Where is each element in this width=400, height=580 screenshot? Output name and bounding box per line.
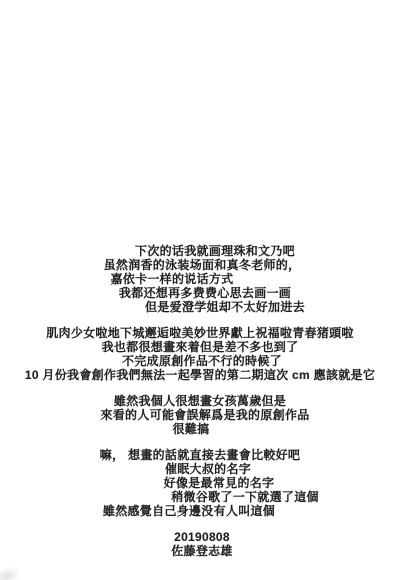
text-line: 雖然我個人很想畫女孩萬歲但是 xyxy=(0,394,400,408)
text-line: 肌肉少女啦地下城邂逅啦美妙世界獻上祝福啦青春猪頭啦 xyxy=(0,326,400,340)
paragraph-name-choice: 嘛， 想畫的話就直接去畫會比較好吧 催眠大叔的名字 好像是最常見的名字 稍微谷歌… xyxy=(0,448,400,518)
date-text: 20190808 xyxy=(2,530,400,544)
afterword-text: 下次的话我就画理珠和文乃吧 虽然润香的泳装场面和真冬老师的， 嘉依卡一样的说话方… xyxy=(0,244,400,558)
text-line: 我也都很想畫來着但是差不多也到了 xyxy=(0,340,400,354)
text-line: 嘉依卡一样的说话方式 xyxy=(0,272,372,286)
text-line: 虽然润香的泳装场面和真冬老师的， xyxy=(2,258,400,272)
author-name: 佐藤登志雄 xyxy=(2,544,400,558)
text-line: 但是爱澄学姐却不太好加进去 xyxy=(25,300,400,314)
paragraph-next-works: 下次的话我就画理珠和文乃吧 虽然润香的泳装场面和真冬老师的， 嘉依卡一样的说话方… xyxy=(0,244,400,314)
text-line: 下次的话我就画理珠和文乃吧 xyxy=(15,244,400,258)
text-line: 好像是最常見的名字 xyxy=(19,476,400,490)
text-line: 催眠大叔的名字 xyxy=(8,462,400,476)
paragraph-other-series: 肌肉少女啦地下城邂逅啦美妙世界獻上祝福啦青春猪頭啦 我也都很想畫來着但是差不多也… xyxy=(0,326,400,382)
text-line: 稍微谷歌了一下就選了這個 xyxy=(45,490,400,504)
afterword-page: 下次的话我就画理珠和文乃吧 虽然润香的泳装场面和真冬老师的， 嘉依卡一样的说话方… xyxy=(0,0,400,580)
text-line: 10 月份我會創作我們無法一起學習的第二期這次 cm 應該就是它 xyxy=(0,368,400,382)
scan-artifact xyxy=(0,564,22,580)
paragraph-original-work: 雖然我個人很想畫女孩萬歲但是 來看的人可能會誤解爲是我的原創作品 很難搞 xyxy=(0,394,400,436)
text-line: 不完成原創作品不行的時候了 xyxy=(2,354,400,368)
text-line: 我都还想再多费费心思去画一画 xyxy=(5,286,400,300)
text-line: 來看的人可能會誤解爲是我的原創作品 xyxy=(5,408,400,422)
text-line: 雖然感覺自己身邊没有人叫這個 xyxy=(0,504,389,518)
signature-block: 20190808 佐藤登志雄 xyxy=(0,530,400,558)
text-line: 嘛， 想畫的話就直接去畫會比較好吧 xyxy=(0,448,400,462)
text-line: 很難搞 xyxy=(0,422,391,436)
